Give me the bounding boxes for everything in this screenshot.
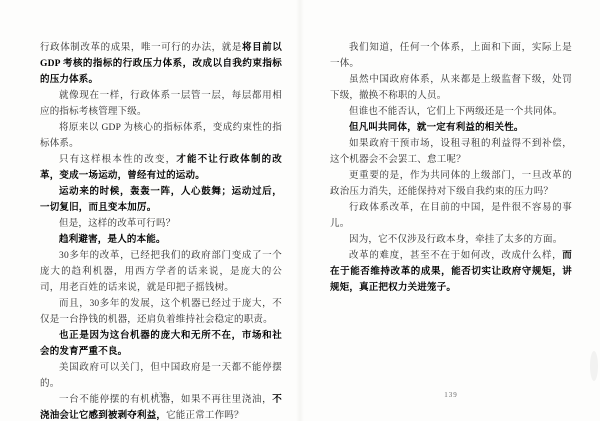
text-segment: 改革的难度，甚至不在于如何改，改成什么样， <box>349 251 562 261</box>
text-segment: 因为，它不仅涉及行政本身，牵挂了太多的方面。 <box>349 235 562 245</box>
paragraph: 行政体制改革的成果，唯一可行的办法，就是将目前以 GDP 考核的指标的行政压力体… <box>40 40 282 88</box>
paragraph: 改革的难度，甚至不在于如何改，改成什么样，而在于能否维持改革的成果，能否切实让政… <box>330 248 572 296</box>
text-segment: 但谁也不能否认，它们上下两级还是一个共同体。 <box>349 107 562 117</box>
bold-text-segment: 运动来的时候，轰轰一阵，人心鼓舞；运动过后，一切复旧，而且变本加厉。 <box>40 187 282 213</box>
paragraph: 更重要的是，作为共同体的上级部门，一旦改革的政治压力消失，还能保持对下级自我约束… <box>330 168 572 200</box>
text-segment: 它能正常工作吗？ <box>166 411 244 421</box>
paragraph: 而且，30多年的发展，这个机器已经过于庞大，不仅是一台挣钱的机器，还肩负着维持社… <box>40 296 282 328</box>
text-segment: 30多年的改革，已经把我们的政府部门变成了一个庞大的趋利机器，用西方学者的话来说… <box>40 251 282 293</box>
paragraph: 也正是因为这台机器的庞大和无所不在，市场和社会的发育严重不良。 <box>40 328 282 360</box>
paragraph: 因为，它不仅涉及行政本身，牵挂了太多的方面。 <box>330 232 572 248</box>
paragraph: 但凡叫共同体，就一定有利益的相关性。 <box>330 120 572 136</box>
paragraph: 但是，这样的改革可行吗？ <box>40 216 282 232</box>
text-segment: 行政体制改革的成果，唯一可行的办法，就是 <box>40 43 242 53</box>
page-number: 139 <box>300 391 600 399</box>
paragraph: 将原来以 GDP 为核心的指标体系，变成约束性的指标体系。 <box>40 120 282 152</box>
text-segment: 只有这样根本性的改变， <box>59 155 176 165</box>
paragraph: 就像现在一样，行政体系一层管一层，每层都用相应的指标考核管理下级。 <box>40 88 282 120</box>
paragraph: 运动来的时候，轰轰一阵，人心鼓舞；运动过后，一切复旧，而且变本加厉。 <box>40 184 282 216</box>
text-segment: 就像现在一样，行政体系一层管一层，每层都用相应的指标考核管理下级。 <box>40 91 282 117</box>
text-segment: 美国政府可以关门，但中国政府是一天都不能停摆的。 <box>40 363 282 389</box>
paragraph: 如果政府干预市场，设租寻租的利益得不到补偿，这个机器会不会罢工、怠工呢？ <box>330 136 572 168</box>
page-number: 138 <box>0 391 300 399</box>
paragraph: 只有这样根本性的改变，才能不让行政体制的改革，变成一场运动，曾经有过的运动。 <box>40 152 282 184</box>
text-segment: 更重要的是，作为共同体的上级部门，一旦改革的政治压力消失，还能保持对下级自我约束… <box>330 171 572 197</box>
text-segment: 将原来以 GDP 为核心的指标体系，变成约束性的指标体系。 <box>40 123 282 149</box>
text-segment: 但是，这样的改革可行吗？ <box>59 219 175 229</box>
paragraph: 虽然中国政府体系，从来都是上级监督下级，处罚下级，撤换不称职的人员。 <box>330 72 572 104</box>
text-segment: 而且，30多年的发展，这个机器已经过于庞大，不仅是一台挣钱的机器，还肩负着维持社… <box>40 299 282 325</box>
paragraph: 30多年的改革，已经把我们的政府部门变成了一个庞大的趋利机器，用西方学者的话来说… <box>40 248 282 296</box>
book-spread: 行政体制改革的成果，唯一可行的办法，就是将目前以 GDP 考核的指标的行政压力体… <box>0 0 600 421</box>
page-text: 我们知道，任何一个体系，上面和下面，实际上是一体。虽然中国政府体系，从来都是上级… <box>330 40 572 296</box>
page-text: 行政体制改革的成果，唯一可行的办法，就是将目前以 GDP 考核的指标的行政压力体… <box>40 40 282 421</box>
text-segment: 虽然中国政府体系，从来都是上级监督下级，处罚下级，撤换不称职的人员。 <box>330 75 572 101</box>
page-right: 我们知道，任何一个体系，上面和下面，实际上是一体。虽然中国政府体系，从来都是上级… <box>300 0 600 421</box>
paragraph: 我们知道，任何一个体系，上面和下面，实际上是一体。 <box>330 40 572 72</box>
paragraph: 但谁也不能否认，它们上下两级还是一个共同体。 <box>330 104 572 120</box>
text-segment: 行政体系改革，在目前的中国，是件很不容易的事儿。 <box>330 203 572 229</box>
bold-text-segment: 也正是因为这台机器的庞大和无所不在，市场和社会的发育严重不良。 <box>40 331 282 357</box>
paragraph: 美国政府可以关门，但中国政府是一天都不能停摆的。 <box>40 360 282 392</box>
text-segment: 如果政府干预市场，设租寻租的利益得不到补偿，这个机器会不会罢工、怠工呢？ <box>330 139 572 165</box>
bold-text-segment: 但凡叫共同体，就一定有利益的相关性。 <box>349 123 524 133</box>
paragraph: 行政体系改革，在目前的中国，是件很不容易的事儿。 <box>330 200 572 232</box>
paragraph: 趋利避害，是人的本能。 <box>40 232 282 248</box>
bold-text-segment: 趋利避害，是人的本能。 <box>59 235 166 245</box>
page-left: 行政体制改革的成果，唯一可行的办法，就是将目前以 GDP 考核的指标的行政压力体… <box>0 0 300 421</box>
text-segment: 我们知道，任何一个体系，上面和下面，实际上是一体。 <box>330 43 572 69</box>
